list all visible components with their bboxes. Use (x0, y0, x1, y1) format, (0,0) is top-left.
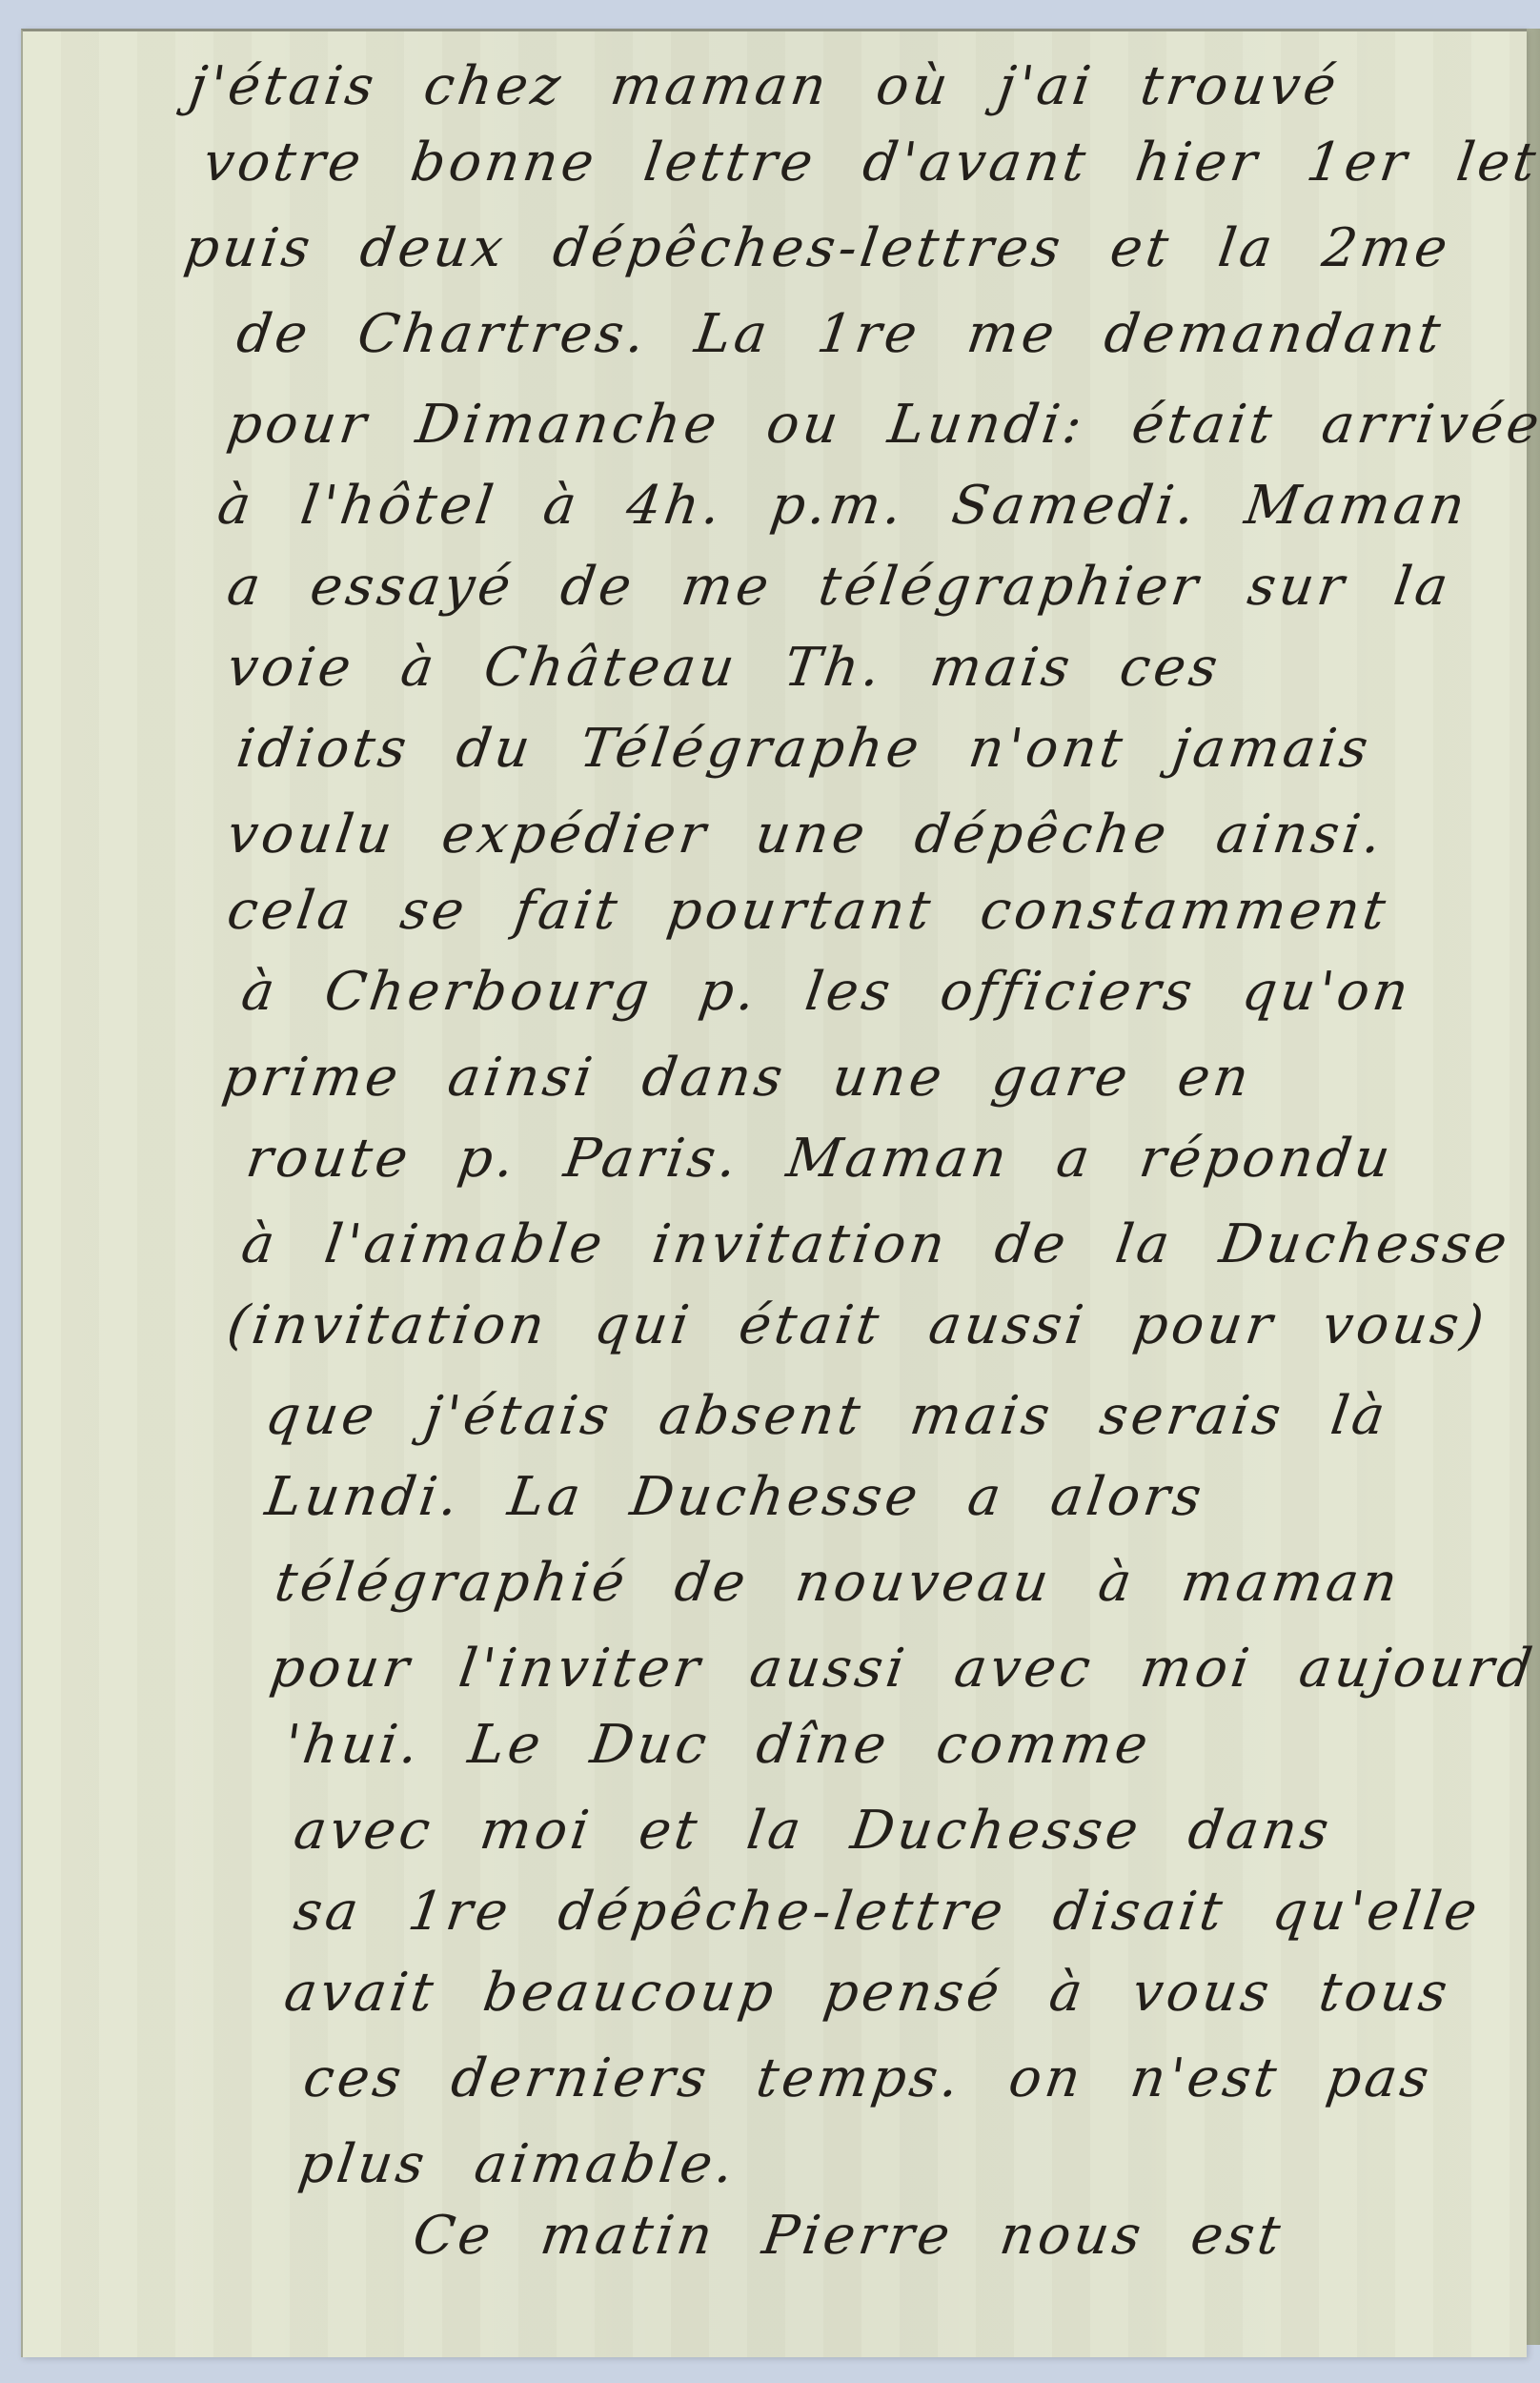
letter-line: avait beaucoup pensé à vous tous (281, 1966, 1454, 2020)
letter-line: pour Dimanche ou Lundi: était arrivée (224, 398, 1540, 452)
letter-line: voie à Château Th. mais ces (224, 642, 1225, 695)
letter-line: (invitation qui était aussi pour vous) (224, 1299, 1490, 1353)
letter-line: à l'hôtel à 4h. p.m. Samedi. Maman (214, 479, 1471, 533)
letter-line: puis deux dépêches-lettres et la 2me (181, 222, 1454, 275)
letter-line: de Chartres. La 1re me demandant (233, 308, 1448, 361)
letter-line: ces derniers temps. on n'est pas (300, 2052, 1435, 2106)
letter-line: télégraphié de nouveau à maman (272, 1557, 1404, 1610)
letter-line: votre bonne lettre d'avant hier 1er lett… (200, 136, 1540, 190)
letter-line: que j'étais absent mais serais là (262, 1390, 1391, 1443)
letter-line: sa 1re dépêche-lettre disait qu'elle (291, 1885, 1484, 1939)
letter-line: pour l'inviter aussi avec moi aujourd (267, 1642, 1539, 1696)
letter-line: à Cherbourg p. les officiers qu'on (238, 966, 1415, 1019)
letter-line: j'étais chez maman où j'ai trouvé (186, 60, 1343, 113)
letter-line: cela se fait pourtant constamment (224, 885, 1392, 938)
letter-line: avec moi et la Duchesse dans (291, 1804, 1335, 1858)
letter-line: voulu expédier une dépêche ainsi. (224, 808, 1388, 862)
letter-line: 'hui. Le Duc dîne comme (281, 1719, 1154, 1772)
letter-line: à l'aimable invitation de la Duchesse (238, 1218, 1513, 1272)
letter-line: Lundi. La Duchesse a alors (262, 1471, 1208, 1524)
letter-page: j'étais chez maman où j'ai trouvé votre … (21, 29, 1527, 2357)
letter-line: Ce matin Pierre nous est (410, 2210, 1287, 2263)
letter-line: prime ainsi dans une gare en (219, 1051, 1255, 1105)
letter-line: route p. Paris. Maman a répondu (243, 1132, 1397, 1186)
letter-line: idiots du Télégraphe n'ont jamais (233, 723, 1375, 776)
letter-line: a essayé de me télégraphier sur la (224, 560, 1454, 614)
letter-line: plus aimable. (295, 2138, 740, 2191)
